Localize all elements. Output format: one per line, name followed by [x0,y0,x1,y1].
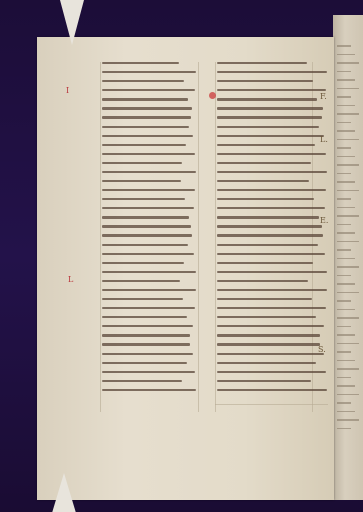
script-line [102,207,194,209]
script-line [217,244,318,246]
script-line [102,180,181,182]
script-line [337,96,351,98]
script-line [217,307,326,309]
script-line [337,232,355,234]
script-line [217,98,317,100]
script-line [217,289,327,291]
script-line [217,171,327,173]
script-line [102,289,196,291]
script-line [217,89,326,91]
script-line [337,71,351,73]
script-line [102,153,195,155]
script-line [102,362,187,364]
script-line [217,62,307,64]
script-line [337,258,355,260]
script-line [217,271,327,273]
script-line [217,153,326,155]
script-line [337,147,351,149]
script-line [102,189,195,191]
script-line [102,316,187,318]
script-line [102,216,189,218]
script-line [337,113,359,115]
script-line [217,343,320,345]
script-line [102,116,191,118]
script-line [337,45,351,47]
script-line [337,105,355,107]
script-line [337,428,351,430]
adjacent-leaf [333,15,363,500]
script-line [102,126,189,128]
script-line [337,385,355,387]
script-line [102,325,193,327]
script-line [217,371,326,373]
script-line [217,207,325,209]
script-line [337,122,351,124]
script-line [217,116,322,118]
script-line [337,130,355,132]
marginal-note: S. [318,345,326,354]
script-line [102,162,182,164]
script-line [337,88,359,90]
script-line [102,262,184,264]
script-line [337,266,359,268]
text-column-left [102,62,196,398]
script-line [337,411,355,413]
script-line [337,402,351,404]
script-line [102,371,195,373]
script-line [102,271,196,273]
script-line [337,224,351,226]
script-line [102,353,193,355]
script-line [337,394,359,396]
script-line [217,298,312,300]
script-line [102,380,182,382]
rubricated-initial [209,92,216,99]
script-line [217,189,326,191]
script-line [337,207,355,209]
script-line [102,171,196,173]
script-line [337,326,351,328]
script-line [102,334,190,336]
script-line [217,280,308,282]
script-line [102,280,180,282]
script-line [102,62,179,64]
script-line [102,135,193,137]
script-line [102,389,196,391]
script-line [217,71,327,73]
script-line [217,162,311,164]
script-line [337,292,359,294]
script-line [102,71,196,73]
script-line [102,80,184,82]
script-line [337,181,355,183]
script-line [337,215,359,217]
script-line [337,275,351,277]
script-line [337,300,351,302]
script-line [337,360,355,362]
script-line [337,79,355,81]
ruling-line [215,404,328,405]
script-line [217,198,314,200]
script-line [337,249,351,251]
script-line [217,316,316,318]
script-line [337,54,355,56]
page-clip-top [60,0,84,45]
script-line [337,368,359,370]
script-line [102,234,192,236]
script-line [337,334,355,336]
marginal-mark: I [66,86,69,95]
script-line [337,164,359,166]
ruling-line [198,62,199,412]
script-line [337,190,359,192]
marginal-note: F. [320,92,327,101]
script-line [217,389,327,391]
script-line [217,107,323,109]
script-line [102,298,183,300]
script-line [337,377,351,379]
script-line [337,351,351,353]
script-line [337,317,359,319]
script-line [102,198,185,200]
script-line [337,139,359,141]
ruling-line [215,62,216,412]
script-line [102,244,188,246]
script-line [217,126,319,128]
script-line [102,107,192,109]
script-line [217,262,313,264]
script-line [217,180,309,182]
script-line [337,419,359,421]
page-clip-bottom [52,473,76,512]
script-line [217,225,322,227]
marginal-note: E. [320,216,328,225]
script-line [102,144,186,146]
script-line [337,156,355,158]
ruling-line [100,62,101,412]
script-line [217,135,324,137]
marginal-mark: L [68,275,73,284]
script-line [102,98,188,100]
script-line [102,225,191,227]
script-line [217,253,325,255]
script-line [337,309,355,311]
script-line [102,307,195,309]
script-line [337,173,351,175]
script-line [102,343,190,345]
script-line [102,89,195,91]
script-line [217,325,324,327]
script-line [217,144,315,146]
script-line [217,362,316,364]
script-line [217,216,319,218]
script-line [217,80,313,82]
script-line [337,241,359,243]
marginal-note: L. [320,135,328,144]
script-line [337,343,359,345]
script-line [217,353,324,355]
script-line [337,283,355,285]
text-column-right [217,62,327,398]
script-line [337,198,351,200]
script-line [102,253,194,255]
script-line [337,62,359,64]
script-line [217,234,323,236]
script-line [217,380,311,382]
script-line [217,334,320,336]
